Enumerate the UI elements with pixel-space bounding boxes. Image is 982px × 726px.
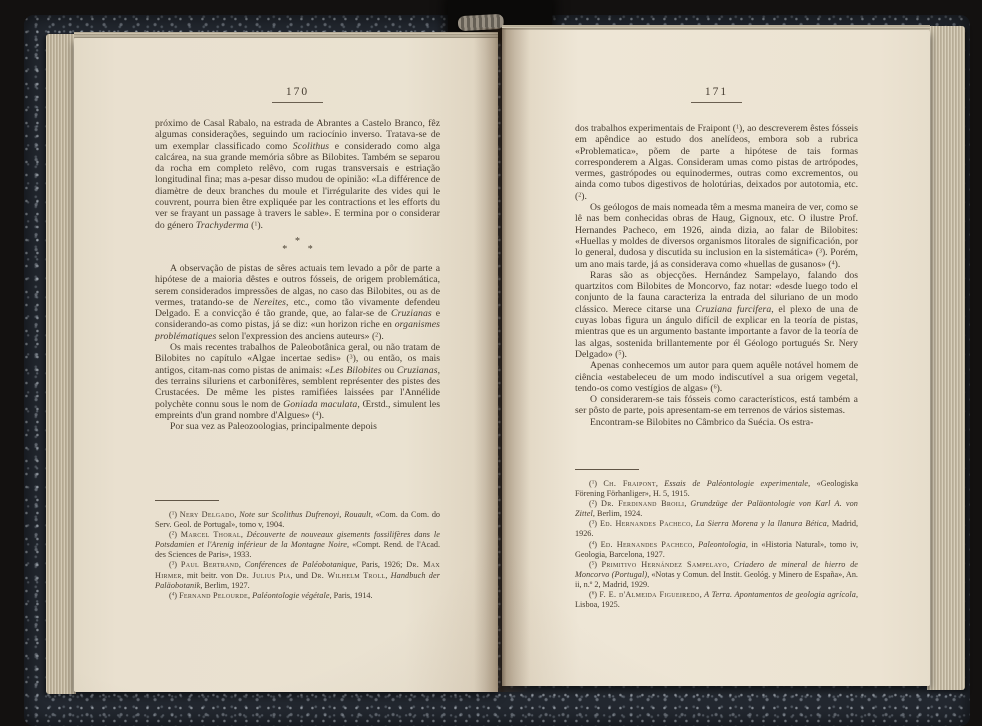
paragraph: Apenas conhecemos um autor para quem aqu…: [575, 360, 858, 394]
left-page-number: 170: [272, 86, 323, 103]
paragraph: Por sua vez as Paleozoologias, principal…: [155, 421, 440, 432]
left-page-header: 170: [155, 82, 440, 103]
footnote: (1) Ch. Fraipont, Essais de Paléontologi…: [575, 479, 858, 499]
right-page-footnotes: (1) Ch. Fraipont, Essais de Paléontologi…: [575, 469, 858, 610]
right-page-header: 171: [575, 82, 858, 103]
footnote: (2) Marcel Thoral, Découverte de nouveau…: [155, 530, 440, 560]
footnote: (3) Ed. Hernandes Pacheco, La Sierra Mor…: [575, 519, 858, 539]
footnote: (4) Fernand Pelourde, Paléontologie végé…: [155, 591, 440, 601]
paragraph: Os mais recentes trabalhos de Paleobotân…: [155, 342, 440, 421]
left-page: 170 próximo de Casal Rabalo, na estrada …: [74, 38, 498, 692]
book-scan: 170 próximo de Casal Rabalo, na estrada …: [0, 0, 982, 726]
right-page-number: 171: [691, 86, 742, 103]
paragraph: Raras são as objecções. Hernández Sampel…: [575, 270, 858, 360]
page-edges-left: [46, 34, 76, 694]
book-headband: [458, 14, 505, 31]
footnote-rule: [155, 500, 219, 501]
footnote: (6) F. E. d'Almeida Figueiredo, A Terra.…: [575, 590, 858, 610]
paragraph: O considerarem-se tais fósseis como cara…: [575, 394, 858, 417]
paragraph: dos trabalhos experimentais de Fraipont …: [575, 123, 858, 202]
paragraph: Encontram-se Bilobites no Câmbrico da Su…: [575, 417, 858, 428]
footnote: (1) Nery Delgado, Note sur Scolithus Duf…: [155, 510, 440, 530]
left-page-footnotes: (1) Nery Delgado, Note sur Scolithus Duf…: [155, 500, 440, 601]
paragraph: A observação de pistas de sêres actuais …: [155, 263, 440, 342]
page-edges-right: [927, 26, 965, 690]
right-page-body: dos trabalhos experimentais de Fraipont …: [575, 123, 858, 428]
footnote: (4) Ed. Hernandes Pacheco, Paleontologia…: [575, 540, 858, 560]
left-page-body: próximo de Casal Rabalo, na estrada de A…: [155, 118, 440, 432]
section-divider: * * *: [155, 238, 440, 254]
footnote: (2) Dr. Ferdinand Broili, Grundzüge der …: [575, 499, 858, 519]
asterisk-bottom: * *: [155, 246, 440, 254]
right-page: 171 dos trabalhos experimentais de Fraip…: [502, 30, 930, 686]
paragraph: Os geólogos de mais nomeada têm a mesma …: [575, 202, 858, 270]
footnote: (3) Paul Bertrand, Conférences de Paléob…: [155, 560, 440, 590]
footnote: (5) Primitivo Hernández Sampelayo, Criad…: [575, 560, 858, 590]
paragraph: próximo de Casal Rabalo, na estrada de A…: [155, 118, 440, 231]
footnote-rule: [575, 469, 639, 470]
